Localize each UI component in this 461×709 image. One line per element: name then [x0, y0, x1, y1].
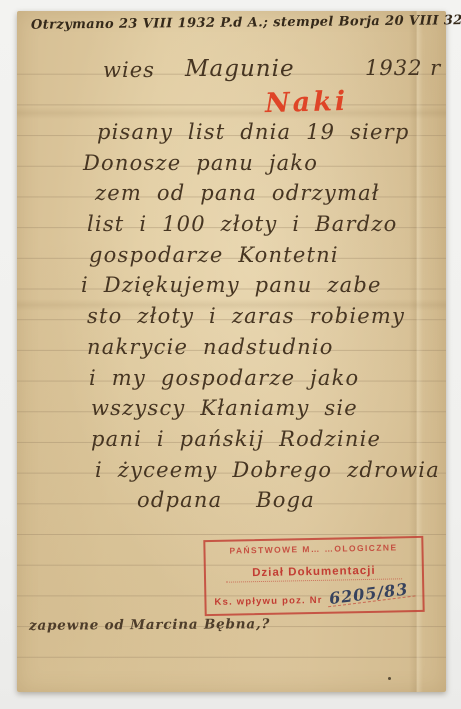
- letter-body-line: i życeemy Dobrego zdrowia: [95, 455, 439, 486]
- letter-body-line: nakrycie nadstudnio: [87, 332, 439, 363]
- museum-documentation-stamp: PAŃSTWOWE M… …OLOGICZNE Dział Dokumentac…: [203, 536, 424, 616]
- heading-year: 1932 r: [365, 56, 441, 80]
- letter-heading: wies Magunie 1932 r: [17, 58, 446, 90]
- red-ink-annotation: Naki: [265, 86, 349, 119]
- scanned-letter-page: Otrzymano 23 VIII 1932 P.d A.; stempel B…: [0, 0, 461, 709]
- heading-place-name: Magunie: [185, 56, 295, 82]
- letter-body-closing-line: odpana Boga: [137, 485, 439, 516]
- letter-body-line: gospodarze Kontetni: [89, 240, 439, 271]
- stamp-department-line: Dział Dokumentacji: [226, 564, 402, 582]
- letter-body-line: i my gospodarze jako: [89, 363, 439, 394]
- letter-body-line: pisany list dnia 19 sierp: [97, 117, 439, 148]
- stamp-registry-line: Ks. wpływu poz. Nr 6205/83: [212, 591, 416, 608]
- stamp-registry-label: Ks. wpływu poz. Nr: [214, 595, 322, 608]
- letter-body-line: wszyscy Kłaniamy sie: [91, 393, 439, 424]
- letter-body: pisany list dnia 19 sierp Donosze panu j…: [79, 117, 439, 516]
- paper-speck: [388, 677, 391, 680]
- letter-body-line: zem od pana odrzymał: [95, 178, 439, 209]
- letter-body-line: sto złoty i zaras robiemy: [87, 301, 439, 332]
- stamp-inventory-number: 6205/83: [327, 584, 416, 608]
- letter-body-line: i Dziękujemy panu zabe: [81, 270, 439, 301]
- heading-village-word: wies: [103, 58, 155, 82]
- received-date-annotation: Otrzymano 23 VIII 1932 P.d A.; stempel B…: [31, 14, 361, 32]
- pencil-attribution-note: zapewne od Marcina Bębna,?: [29, 616, 270, 634]
- stamp-institution-line: PAŃSTWOWE M… …OLOGICZNE: [211, 542, 415, 556]
- letter-body-line: list i 100 złoty i Bardzo: [87, 209, 439, 240]
- letter-body-line: Donosze panu jako: [83, 148, 439, 179]
- letter-body-line: pani i pańskij Rodzinie: [91, 424, 439, 455]
- letter-paper: Otrzymano 23 VIII 1932 P.d A.; stempel B…: [17, 11, 446, 692]
